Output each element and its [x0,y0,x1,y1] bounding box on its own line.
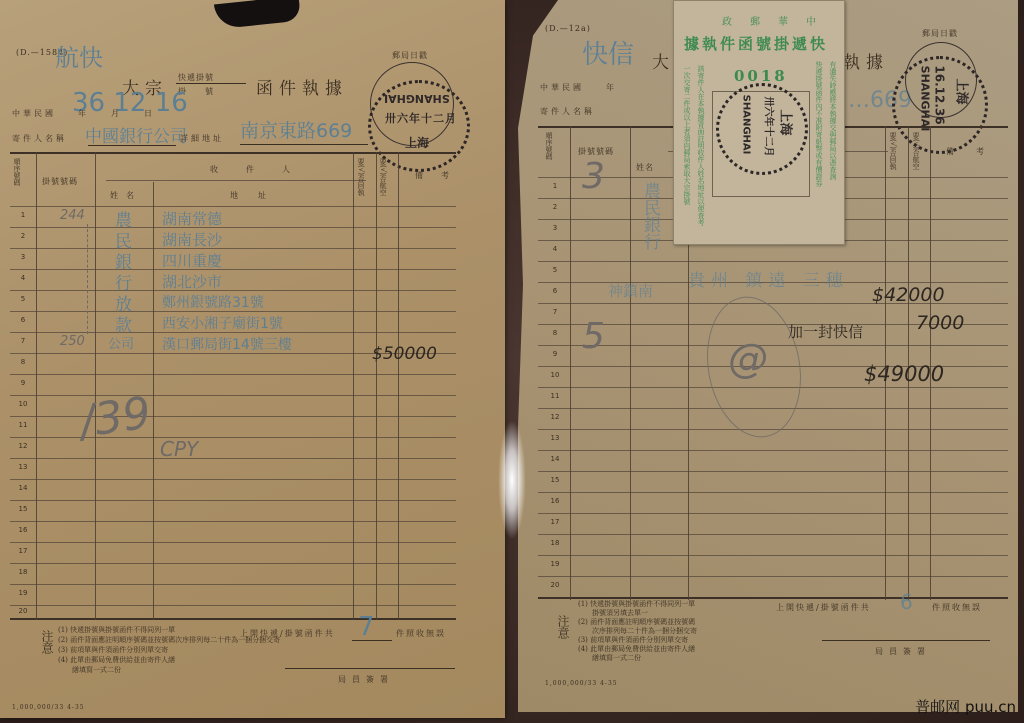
row-number: 18 [13,568,33,576]
pencil-mark-1: 3 [582,156,605,197]
right-form-code: (D.—12a) [545,24,591,33]
right-notes-list: (1) 快遞掛號與掛號函件不得同列一單 掛號須另填去單一 (2) 函件背面應註明… [578,600,697,663]
row-number: 12 [545,413,565,421]
postage-fee: $50000 [372,344,437,364]
note-item: 次序排列每二十件為一捆分捆交寄 [578,627,697,636]
col-header-address: 地址 [230,190,286,201]
right-note-extra-letter: 加一封快信 [788,321,863,342]
date-label: 中華民國 年 月 日 [12,108,155,119]
right-sender-label: 寄件人名稱 [540,106,595,117]
address-underline [240,144,368,145]
row-number: 8 [13,358,33,366]
right-notes-label: 注意 [556,615,570,659]
count-underline [352,640,392,641]
note-item: (4) 此單由郵局免費供給並由寄件人繕 [578,645,697,654]
right-count-label-after: 件照收無誤 [932,602,982,613]
right-count-label-before: 上開快遞/掛號函件共 [776,602,871,613]
left-items-table: 順序號碼 掛號號碼 收 件 人 姓名 地址 要(√)否回執 要(√)否航空 備考… [10,152,456,620]
right-signature-label: 局員簽署 [875,646,931,657]
reg-no-first: 244 [60,208,85,223]
right-title-suffix: 執據 [843,48,889,73]
right-col-header-remarks: 備考 [946,146,1006,157]
right-print-code: 1,000,000/33 4-35 [545,680,618,687]
pencil-mark-2: 5 [582,316,605,357]
row-number: 19 [545,560,565,568]
right-postmark-date: 16.12.36 [933,65,947,124]
right-date-label: 中華民國 年 [540,82,617,93]
row-number: 10 [13,400,33,408]
postmark-city: SHANGHAI [384,92,450,105]
right-recipient-address: 貴州 鎮遠 三穗 [688,266,849,291]
recipient-address: 湖南常德 [162,208,222,229]
address-handwritten: 南京東路669 [240,116,352,143]
label-right-text-1: 快遞掛號函件內不准附寄紙幣或有價證券 [814,61,823,171]
right-col-header-name: 姓名 [636,162,654,173]
recipient-address: 鄭州銀號路31號 [162,292,264,312]
reg-no-range-line [87,224,90,334]
row-number: 4 [13,274,33,282]
row-number: 7 [545,308,565,316]
label-postmark-date: 卅六年十二月 [763,97,778,157]
sender-label: 寄件人名稱 [12,133,67,144]
col-header-return-receipt: 要(√)否回執 [356,158,366,196]
col-header-reg-no: 掛號號碼 [42,176,78,187]
recipient-address: 湖北沙市 [162,271,222,292]
count-label-after: 件照收無誤 [396,628,446,639]
row-number: 6 [13,316,33,324]
recipient-address: 西安小湘子廟街1號 [162,313,283,333]
row-number: 5 [13,295,33,303]
recipient-address: 漢口郵局街14號三樓 [162,334,292,354]
right-fee-line-1: $42000 [872,284,945,306]
row-number: 20 [13,607,33,615]
col-header-remarks: 備考 [415,170,467,181]
row-number: 12 [13,442,33,450]
row-number: 20 [545,581,565,589]
row-number: 6 [545,287,565,295]
row-number: 7 [13,337,33,345]
note-item: 繕填寫一式二份 [578,654,697,663]
site-watermark: 普邮网 puu.cn [915,696,1016,717]
express-registered-label: 中華郵政 快遞掛號函件執據 0018 一次交寄二件或以上者須向郵局索取大宗掛號 … [673,0,845,245]
right-handwritten-service: 快信 [582,34,634,71]
note-item: (3) 前項單與件須函件分別列單交寄 [58,645,280,655]
reg-no-last: 250 [60,334,85,349]
label-postmark-city: SHANGHAI [740,95,751,155]
row-number: 3 [13,253,33,261]
label-right-text-2: 有遺失時應將本執據交與郵局以憑查詢 [828,61,837,171]
row-number: 19 [13,589,33,597]
row-number: 17 [545,518,565,526]
row-number: 11 [13,421,33,429]
title-option-divider [176,83,246,84]
right-col-header-seq: 順序號碼 [544,132,554,160]
light-flare [498,420,526,540]
right-recipient-name-extra: 神鎮南 [608,280,653,301]
label-agency: 中華郵政 [722,13,834,28]
col-header-recipient: 收 件 人 [210,164,300,175]
pencil-count-mark: /39 [77,387,154,447]
recipient-name: 公司 [108,333,134,352]
signature-label: 局員簽署 [338,674,394,685]
sender-handwritten: 中國銀行公司 [85,122,187,147]
right-recipient-name: 農民銀行 [638,182,663,250]
note-item: (4) 此單由郵局免費供給並由寄件人繕 [58,655,280,665]
left-receipt-form: (D.—1584) 航快 郵局日戳 大宗 快遞掛號 掛 號 函件執據 36 12… [0,0,505,718]
right-fee-total: $49000 [864,362,944,386]
row-number: 15 [545,476,565,484]
right-postmark-city: SHANGHAI [918,66,931,132]
recipient-address: 湖南長沙 [162,229,222,250]
col-header-name: 姓名 [110,190,142,201]
row-number: 9 [545,350,565,358]
sender-underline [88,145,176,146]
row-number: 2 [13,232,33,240]
title-suffix: 函件執據 [256,74,348,99]
label-left-text-1: 一次交寄二件或以上者須向郵局索取大宗掛號 [682,65,691,175]
ink-stain [214,0,301,29]
label-postmark-chinese-city: 上海 [778,109,797,135]
notes-label: 注意 [40,630,54,670]
right-fee-line-2: 7000 [916,312,964,334]
row-number: 15 [13,505,33,513]
row-number: 14 [545,455,565,463]
right-postmark-chinese-city: 上海 [954,78,973,104]
note-item: 掛號須另填去單一 [578,609,697,618]
count-label-before: 上開快遞/掛號函件共 [240,628,335,639]
postmark-date: 卅六年十二月 [385,110,457,126]
pencil-mark-3: @ [728,336,768,382]
count-value: 7 [358,612,375,642]
row-number: 10 [545,371,565,379]
title-option-express: 快遞掛號 [178,72,214,83]
note-item: (1) 快遞掛號與掛號函件不得同列一單 [578,600,697,609]
label-left-text-2: 該寄件人在本執據背面註明收件人姓名地址以便查考 [696,65,705,175]
right-postmark-label: 郵局日戳 [922,28,958,39]
right-col-header-airmail: 要(√)否航空 [911,132,921,170]
row-number: 18 [545,539,565,547]
address-label: 詳細地址 [180,133,224,144]
note-item: 繕填寫一式二份 [58,665,280,675]
row-number: 16 [13,526,33,534]
row-number: 17 [13,547,33,555]
row-number: 1 [13,211,33,219]
note-item: (3) 前項單與件須函件分別列單交寄 [578,636,697,645]
row-number: 14 [13,484,33,492]
handwritten-service: 航快 [55,38,103,73]
row-number: 4 [545,245,565,253]
row-number: 13 [13,463,33,471]
right-count-value: 6 [900,590,913,614]
pencil-initials: CPY [160,437,198,461]
right-signature-line [822,640,990,641]
row-number: 8 [545,329,565,337]
recipient-address: 四川重慶 [162,250,222,271]
row-number: 2 [545,203,565,211]
row-number: 5 [545,266,565,274]
row-number: 13 [545,434,565,442]
row-number: 9 [13,379,33,387]
postmark-chinese-city: 上海 [405,134,429,151]
row-number: 16 [545,497,565,505]
right-col-header-return-receipt: 要(√)否回執 [888,132,898,170]
print-code: 1,000,000/33 4-35 [12,704,85,711]
row-number: 11 [545,392,565,400]
right-title-prefix: 大 [652,48,675,73]
col-header-airmail: 要(√)否航空 [378,158,388,196]
row-number: 1 [545,182,565,190]
note-item: (2) 函件背面應註明順序號碼並按號碼 [578,618,697,627]
postmark-label: 郵局日戳 [392,50,428,61]
signature-line [285,668,455,669]
row-number: 3 [545,224,565,232]
col-header-seq: 順序號碼 [12,158,22,186]
label-title: 快遞掛號函件執據 [684,33,828,54]
